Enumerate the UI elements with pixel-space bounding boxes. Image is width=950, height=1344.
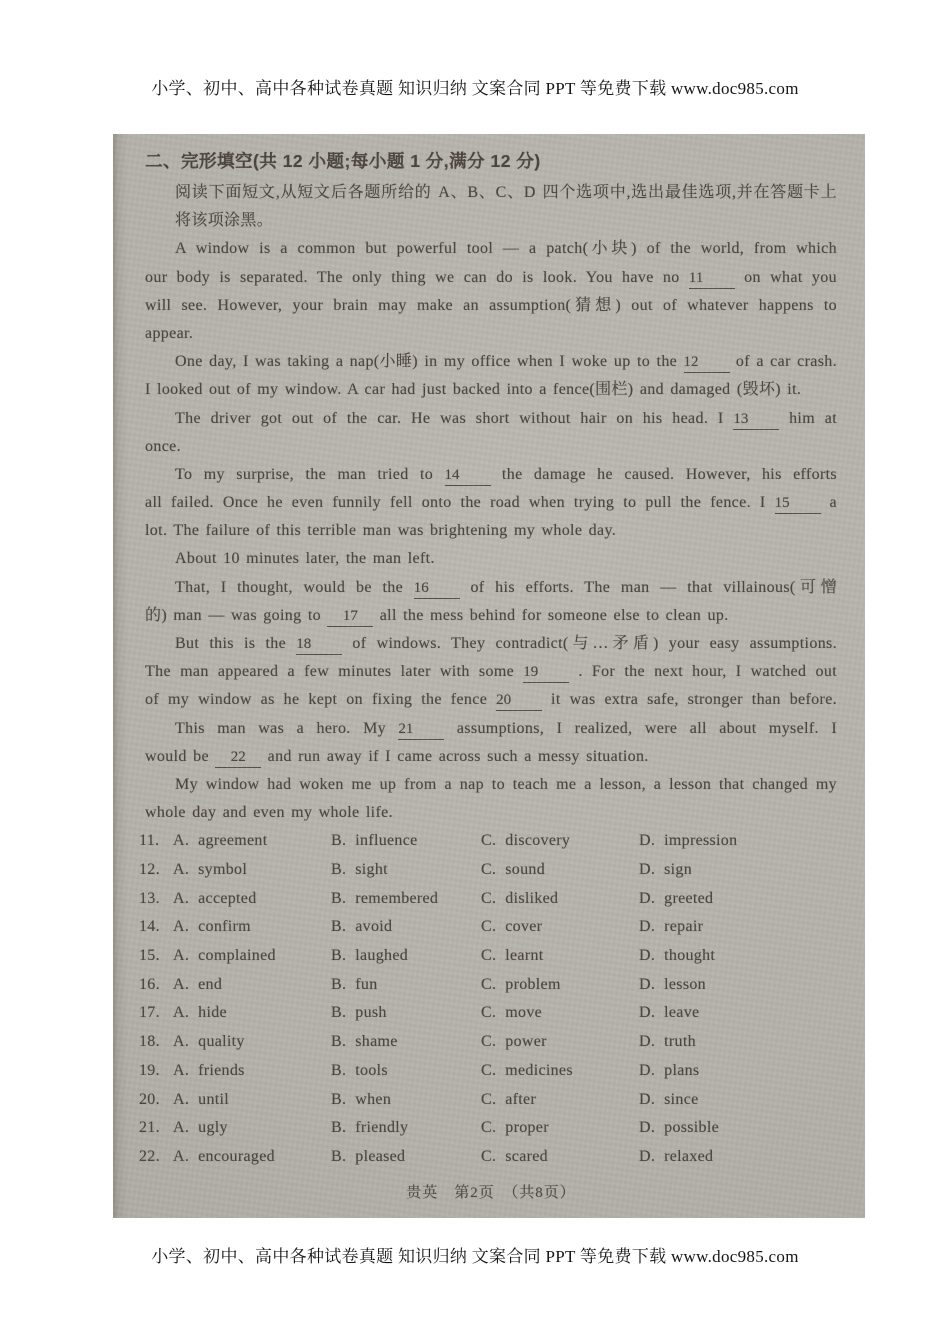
question-option-c: C.problem [481, 971, 639, 1000]
question-row: 17.A.hideB.pushC.moveD.leave [139, 999, 837, 1028]
question-option-c: C.after [481, 1086, 639, 1115]
option-label: C. [481, 856, 496, 885]
question-option-a: A.friends [173, 1057, 331, 1086]
exam-scan-content: 二、完形填空(共 12 小题;每小题 1 分,满分 12 分) 阅读下面短文,从… [113, 134, 865, 1218]
passage-line: whole day and even my whole life. [145, 799, 837, 827]
option-label: C. [481, 1086, 496, 1115]
exam-scan-page: 二、完形填空(共 12 小题;每小题 1 分,满分 12 分) 阅读下面短文,从… [113, 134, 865, 1218]
passage: A window is a common but powerful tool —… [145, 235, 837, 827]
passage-line: I looked out of my window. A car had jus… [145, 376, 837, 404]
passage-line: would be 22 and run away if I came acros… [145, 743, 837, 771]
option-text: complained [198, 947, 276, 964]
question-row: 22.A.encouragedB.pleasedC.scaredD.relaxe… [139, 1143, 837, 1172]
option-label: B. [331, 913, 346, 942]
option-text: proper [505, 1119, 549, 1136]
option-label: B. [331, 1057, 346, 1086]
option-text: encouraged [198, 1148, 275, 1165]
option-label: D. [639, 971, 655, 1000]
question-option-c: C.proper [481, 1114, 639, 1143]
question-number: 14. [139, 913, 173, 942]
option-label: A. [173, 942, 189, 971]
question-number: 15. [139, 942, 173, 971]
passage-line: About 10 minutes later, the man left. [145, 545, 837, 573]
site-footer-text: 小学、初中、高中各种试卷真题 知识归纳 文案合同 PPT 等免费下载 www.d… [0, 1246, 950, 1268]
option-label: C. [481, 1114, 496, 1143]
option-text: fun [355, 976, 377, 993]
option-label: D. [639, 827, 655, 856]
option-text: hide [198, 1004, 227, 1021]
option-label: A. [173, 1114, 189, 1143]
option-label: C. [481, 827, 496, 856]
option-text: move [505, 1004, 542, 1021]
instruction-line: 将该项涂黑。 [145, 207, 837, 235]
option-label: C. [481, 1143, 496, 1172]
question-option-d: D.sign [639, 856, 837, 885]
question-option-d: D.lesson [639, 971, 837, 1000]
question-number: 16. [139, 971, 173, 1000]
question-option-b: B.sight [331, 856, 481, 885]
option-text: plans [664, 1062, 699, 1079]
option-text: laughed [355, 947, 408, 964]
question-number: 13. [139, 885, 173, 914]
option-label: D. [639, 1057, 655, 1086]
option-label: A. [173, 827, 189, 856]
option-label: A. [173, 913, 189, 942]
option-text: impression [664, 832, 737, 849]
question-row: 16.A.endB.funC.problemD.lesson [139, 971, 837, 1000]
option-text: repair [664, 918, 703, 935]
option-text: until [198, 1091, 229, 1108]
blank-22: 22 [215, 749, 261, 768]
question-row: 21.A.uglyB.friendlyC.properD.possible [139, 1114, 837, 1143]
passage-line: One day, I was taking a nap(小睡) in my of… [145, 348, 837, 376]
passage-line: will see. However, your brain may make a… [145, 292, 837, 320]
option-label: D. [639, 1114, 655, 1143]
option-label: D. [639, 999, 655, 1028]
option-text: truth [664, 1033, 696, 1050]
option-text: problem [505, 976, 560, 993]
option-label: C. [481, 999, 496, 1028]
question-option-c: C.learnt [481, 942, 639, 971]
option-label: C. [481, 1057, 496, 1086]
passage-line: 的) man — was going to 17 all the mess be… [145, 602, 837, 630]
question-number: 22. [139, 1143, 173, 1172]
question-option-d: D.truth [639, 1028, 837, 1057]
passage-line: The man appeared a few minutes later wit… [145, 658, 837, 686]
question-option-d: D.plans [639, 1057, 837, 1086]
scan-page-footer: 贵英 第2页 （共8页） [145, 1181, 837, 1202]
passage-line: of my window as he kept on fixing the fe… [145, 686, 837, 714]
option-label: B. [331, 1114, 346, 1143]
blank-11: 11 [689, 270, 735, 289]
question-option-b: B.friendly [331, 1114, 481, 1143]
option-text: end [198, 976, 222, 993]
question-option-c: C.sound [481, 856, 639, 885]
option-label: D. [639, 1086, 655, 1115]
option-text: medicines [505, 1062, 573, 1079]
option-label: A. [173, 999, 189, 1028]
option-label: B. [331, 1086, 346, 1115]
option-label: A. [173, 885, 189, 914]
option-text: friends [198, 1062, 245, 1079]
question-option-b: B.when [331, 1086, 481, 1115]
blank-18: 18 [296, 636, 342, 655]
option-label: B. [331, 942, 346, 971]
question-option-d: D.leave [639, 999, 837, 1028]
question-option-a: A.accepted [173, 885, 331, 914]
option-label: B. [331, 1028, 346, 1057]
option-text: when [355, 1091, 391, 1108]
option-label: D. [639, 1028, 655, 1057]
option-label: D. [639, 913, 655, 942]
option-text: cover [505, 918, 542, 935]
option-label: D. [639, 1143, 655, 1172]
blank-15: 15 [775, 495, 821, 514]
question-option-b: B.push [331, 999, 481, 1028]
passage-line: That, I thought, would be the 16 of his … [145, 574, 837, 602]
question-number: 18. [139, 1028, 173, 1057]
questions-list: 11.A.agreementB.influenceC.discoveryD.im… [139, 827, 837, 1171]
passage-line: once. [145, 433, 837, 461]
question-option-d: D.greeted [639, 885, 837, 914]
passage-line: My window had woken me up from a nap to … [145, 771, 837, 799]
option-label: D. [639, 856, 655, 885]
question-option-a: A.hide [173, 999, 331, 1028]
option-label: A. [173, 1143, 189, 1172]
question-row: 13.A.acceptedB.rememberedC.dislikedD.gre… [139, 885, 837, 914]
option-text: disliked [505, 890, 558, 907]
option-label: A. [173, 971, 189, 1000]
option-text: thought [664, 947, 715, 964]
question-number: 21. [139, 1114, 173, 1143]
option-text: ugly [198, 1119, 228, 1136]
option-text: since [664, 1091, 698, 1108]
option-text: sound [505, 861, 545, 878]
option-text: avoid [355, 918, 392, 935]
option-text: discovery [505, 832, 570, 849]
option-text: tools [355, 1062, 388, 1079]
question-option-d: D.thought [639, 942, 837, 971]
option-text: lesson [664, 976, 706, 993]
question-option-b: B.avoid [331, 913, 481, 942]
question-option-b: B.shame [331, 1028, 481, 1057]
question-number: 20. [139, 1086, 173, 1115]
question-option-b: B.laughed [331, 942, 481, 971]
question-option-d: D.possible [639, 1114, 837, 1143]
option-label: C. [481, 942, 496, 971]
question-option-c: C.cover [481, 913, 639, 942]
page: { "site_banner": { "header_text": "小学、初中… [0, 0, 950, 1344]
passage-line: lot. The failure of this terrible man wa… [145, 517, 837, 545]
blank-19: 19 [523, 664, 569, 683]
question-number: 12. [139, 856, 173, 885]
option-text: power [505, 1033, 546, 1050]
question-option-b: B.fun [331, 971, 481, 1000]
option-label: B. [331, 999, 346, 1028]
option-text: scared [505, 1148, 548, 1165]
question-option-d: D.repair [639, 913, 837, 942]
option-text: symbol [198, 861, 247, 878]
option-text: after [505, 1091, 536, 1108]
option-text: pleased [355, 1148, 405, 1165]
option-label: B. [331, 1143, 346, 1172]
passage-line: A window is a common but powerful tool —… [145, 235, 837, 263]
option-text: greeted [664, 890, 713, 907]
option-text: sign [664, 861, 692, 878]
blank-21: 21 [398, 721, 444, 740]
option-label: C. [481, 913, 496, 942]
option-label: B. [331, 885, 346, 914]
question-option-c: C.discovery [481, 827, 639, 856]
option-label: C. [481, 971, 496, 1000]
passage-line: But this is the 18 of windows. They cont… [145, 630, 837, 658]
option-label: A. [173, 1086, 189, 1115]
option-text: quality [198, 1033, 245, 1050]
option-text: shame [355, 1033, 397, 1050]
question-row: 14.A.confirmB.avoidC.coverD.repair [139, 913, 837, 942]
blank-12: 12 [684, 354, 730, 373]
question-option-d: D.since [639, 1086, 837, 1115]
question-option-a: A.encouraged [173, 1143, 331, 1172]
question-row: 12.A.symbolB.sightC.soundD.sign [139, 856, 837, 885]
blank-16: 16 [414, 580, 460, 599]
question-row: 11.A.agreementB.influenceC.discoveryD.im… [139, 827, 837, 856]
option-text: sight [355, 861, 388, 878]
instruction-line: 阅读下面短文,从短文后各题所给的 A、B、C、D 四个选项中,选出最佳选项,并在… [145, 179, 837, 207]
question-option-b: B.pleased [331, 1143, 481, 1172]
question-row: 15.A.complainedB.laughedC.learntD.though… [139, 942, 837, 971]
question-option-c: C.scared [481, 1143, 639, 1172]
option-text: leave [664, 1004, 699, 1021]
passage-line: The driver got out of the car. He was sh… [145, 405, 837, 433]
option-text: accepted [198, 890, 256, 907]
option-text: influence [355, 832, 417, 849]
question-option-a: A.until [173, 1086, 331, 1115]
option-label: A. [173, 1057, 189, 1086]
site-header-text: 小学、初中、高中各种试卷真题 知识归纳 文案合同 PPT 等免费下载 www.d… [0, 78, 950, 100]
question-option-a: A.symbol [173, 856, 331, 885]
option-text: remembered [355, 890, 438, 907]
question-option-a: A.agreement [173, 827, 331, 856]
question-number: 11. [139, 827, 173, 856]
option-label: B. [331, 971, 346, 1000]
question-option-a: A.quality [173, 1028, 331, 1057]
option-text: friendly [355, 1119, 408, 1136]
question-option-d: D.relaxed [639, 1143, 837, 1172]
question-option-c: C.power [481, 1028, 639, 1057]
option-label: D. [639, 942, 655, 971]
question-row: 18.A.qualityB.shameC.powerD.truth [139, 1028, 837, 1057]
question-option-b: B.remembered [331, 885, 481, 914]
question-option-d: D.impression [639, 827, 837, 856]
passage-line: all failed. Once he even funnily fell on… [145, 489, 837, 517]
blank-20: 20 [496, 692, 542, 711]
instructions: 阅读下面短文,从短文后各题所给的 A、B、C、D 四个选项中,选出最佳选项,并在… [145, 179, 837, 235]
question-row: 20.A.untilB.whenC.afterD.since [139, 1086, 837, 1115]
option-label: A. [173, 856, 189, 885]
option-label: C. [481, 885, 496, 914]
question-option-b: B.influence [331, 827, 481, 856]
passage-line: To my surprise, the man tried to 14 the … [145, 461, 837, 489]
passage-line: This man was a hero. My 21 assumptions, … [145, 715, 837, 743]
option-text: learnt [505, 947, 543, 964]
question-number: 19. [139, 1057, 173, 1086]
question-option-a: A.complained [173, 942, 331, 971]
option-text: push [355, 1004, 386, 1021]
option-label: A. [173, 1028, 189, 1057]
option-text: confirm [198, 918, 251, 935]
question-option-c: C.disliked [481, 885, 639, 914]
option-label: B. [331, 827, 346, 856]
blank-14: 14 [445, 467, 491, 486]
blank-13: 13 [733, 411, 779, 430]
option-label: C. [481, 1028, 496, 1057]
question-option-a: A.end [173, 971, 331, 1000]
question-number: 17. [139, 999, 173, 1028]
question-option-a: A.confirm [173, 913, 331, 942]
section-title: 二、完形填空(共 12 小题;每小题 1 分,满分 12 分) [145, 147, 837, 179]
option-text: relaxed [664, 1148, 713, 1165]
question-option-c: C.medicines [481, 1057, 639, 1086]
question-option-b: B.tools [331, 1057, 481, 1086]
passage-line: appear. [145, 320, 837, 348]
question-option-a: A.ugly [173, 1114, 331, 1143]
option-text: possible [664, 1119, 719, 1136]
question-option-c: C.move [481, 999, 639, 1028]
question-row: 19.A.friendsB.toolsC.medicinesD.plans [139, 1057, 837, 1086]
option-text: agreement [198, 832, 267, 849]
blank-17: 17 [327, 608, 373, 627]
passage-line: our body is separated. The only thing we… [145, 264, 837, 292]
option-label: D. [639, 885, 655, 914]
option-label: B. [331, 856, 346, 885]
